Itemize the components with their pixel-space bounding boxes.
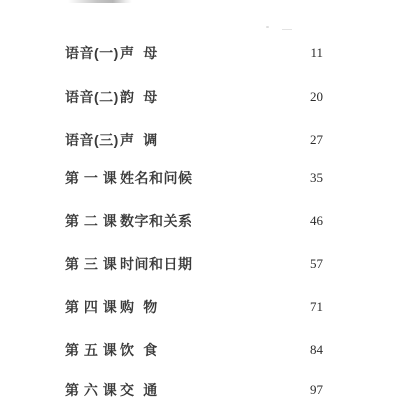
toc-entry-label: 语音(一) <box>65 43 120 63</box>
toc-entry: 第 五 课 饮 食 84 <box>65 341 323 359</box>
toc-entry-page-number: 46 <box>310 213 323 229</box>
toc-entry-title: 声 调 <box>120 130 310 150</box>
toc-entry-label: 语音(二) <box>65 87 120 107</box>
toc-entry-label: 第 二 课 <box>65 211 120 231</box>
scan-smudge-top <box>68 0 132 3</box>
toc-entry: 第 二 课 数字和关系 46 <box>65 212 323 230</box>
toc-entry-title: 饮 食 <box>120 340 310 360</box>
toc-entry-page-number: 57 <box>310 256 323 272</box>
toc-entry: 第 六 课 交 通 97 <box>65 381 323 399</box>
toc-entry-page-number: 35 <box>310 170 323 186</box>
toc-entry-label: 语音(三) <box>65 130 120 150</box>
toc-page: 语音(一) 声 母 11 语音(二) 韵 母 20 语音(三) 声 调 27 第… <box>0 0 400 400</box>
toc-entry: 语音(三) 声 调 27 <box>65 131 323 149</box>
toc-entry-title: 声 母 <box>120 43 310 63</box>
toc-entry-page-number: 20 <box>310 89 323 105</box>
toc-entry-title: 数字和关系 <box>120 211 310 231</box>
toc-entry-label: 第 三 课 <box>65 254 120 274</box>
toc-entry-page-number: 71 <box>310 299 323 315</box>
toc-entry: 第 四 课 购 物 71 <box>65 298 323 316</box>
toc-entry: 语音(一) 声 母 11 <box>65 44 323 62</box>
toc-entry-title: 交 通 <box>120 380 310 400</box>
toc-entry-page-number: 11 <box>310 45 323 61</box>
toc-entry-title: 购 物 <box>120 297 310 317</box>
toc-entry-label: 第 六 课 <box>65 380 120 400</box>
toc-entry: 语音(二) 韵 母 20 <box>65 88 323 106</box>
toc-entry-title: 时间和日期 <box>120 254 310 274</box>
toc-entry-label: 第 一 课 <box>65 168 120 188</box>
toc-entry-label: 第 四 课 <box>65 297 120 317</box>
scan-speck <box>266 26 269 28</box>
toc-entry-page-number: 27 <box>310 132 323 148</box>
toc-entry-page-number: 97 <box>310 382 323 398</box>
toc-entry-page-number: 84 <box>310 342 323 358</box>
toc-entry-label: 第 五 课 <box>65 340 120 360</box>
toc-entry-title: 姓名和问候 <box>120 168 310 188</box>
toc-entry: 第 一 课 姓名和问候 35 <box>65 169 323 187</box>
toc-entry-title: 韵 母 <box>120 87 310 107</box>
toc-entry: 第 三 课 时间和日期 57 <box>65 255 323 273</box>
scan-speck <box>282 29 292 30</box>
